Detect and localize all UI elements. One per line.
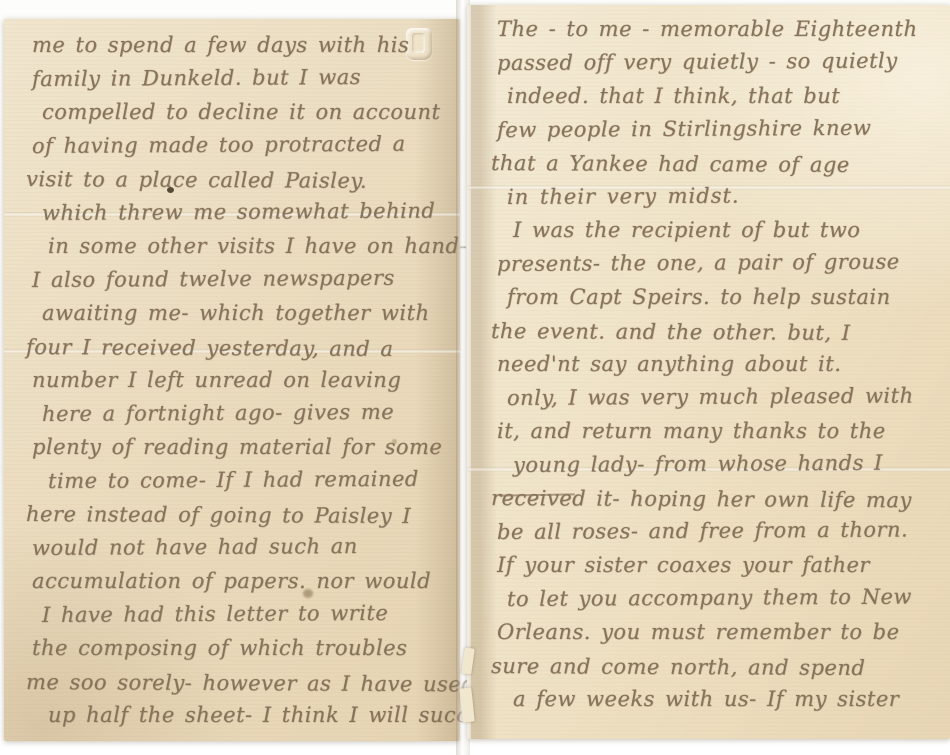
handwritten-line: four I received yesterday, and a (26, 331, 460, 367)
handwritten-line: in their very midst. (507, 178, 950, 214)
letter-page-right: The - to me - memorable Eighteenth passe… (467, 5, 950, 739)
handwritten-line: need'nt say anything about it. (497, 348, 950, 382)
handwritten-line: family in Dunkeld. but I was (32, 60, 460, 96)
handwritten-line: few people in Stirlingshire knew (497, 111, 950, 147)
handwritten-line: here instead of going to Paisley I (26, 498, 460, 534)
handwritten-line: If your sister coaxes your father (497, 549, 950, 583)
handwritten-line: would not have had such an (32, 529, 460, 565)
handwritten-line: a few weeks with us- If my sister (513, 683, 950, 717)
handwritten-line: number I left unread on leaving (32, 364, 460, 398)
handwritten-line: sure and come north, and spend (491, 650, 950, 686)
handwritten-line: the event. and the other. but, I (491, 315, 950, 351)
handwritten-line: Orleans. you must remember to be (497, 616, 950, 650)
handwritten-line: to let you accompany them to New (507, 580, 950, 616)
handwritten-line: awaiting me- which together with (42, 297, 460, 331)
handwritten-line: here a fortnight ago- gives me (42, 395, 460, 431)
handwritten-line: from Capt Speirs. to help sustain (507, 281, 950, 315)
center-fold (456, 0, 470, 755)
handwritten-line: only, I was very much pleased with (507, 379, 950, 415)
handwritten-line: plenty of reading material for some (32, 431, 460, 465)
handwritten-line: in some other visits I have on hand- (48, 230, 460, 264)
handwritten-line: I also found twelve newspapers (32, 261, 460, 297)
handwritten-line: up half the sheet- I think I will succee… (48, 699, 460, 733)
letter-page-left: me to spend a few days with his family i… (4, 19, 460, 741)
handwritten-line: me to spend a few days with his (32, 29, 460, 63)
handwritten-line: the composing of which troubles (32, 632, 460, 666)
handwritten-line: presents- the one, a pair of grouse (497, 245, 950, 281)
left-page-text: me to spend a few days with his family i… (4, 19, 460, 741)
handwritten-line: it, and return many thanks to the (497, 415, 950, 449)
letter-scan: me to spend a few days with his family i… (0, 0, 950, 755)
handwritten-line: passed off very quietly - so quietly (497, 44, 950, 80)
handwritten-line: me soo sorely- however as I have used (26, 666, 460, 702)
handwritten-line: accumulation of papers. nor would (32, 565, 460, 599)
handwritten-line: visit to a place called Paisley. (26, 163, 460, 199)
handwritten-line: time to come- If I had remained (48, 462, 460, 498)
handwritten-line: of having made too protracted a (32, 127, 460, 163)
handwritten-line: be all roses- and free from a thorn. (497, 513, 950, 549)
handwritten-line: compelled to decline it on account (42, 96, 460, 130)
handwritten-line: indeed. that I think, that but (507, 80, 950, 114)
handwritten-line: I have had this letter to write (42, 596, 460, 632)
handwritten-line: young lady- from whose hands I (513, 446, 950, 482)
handwritten-line: The - to me - memorable Eighteenth (497, 13, 950, 47)
handwritten-line: which threw me somewhat behind (42, 194, 460, 230)
right-page-text: The - to me - memorable Eighteenth passe… (467, 5, 950, 739)
handwritten-line: that a Yankee had came of age (491, 147, 950, 183)
handwritten-line: received it- hoping her own life may (491, 482, 950, 518)
handwritten-line: I was the recipient of but two (513, 214, 950, 248)
